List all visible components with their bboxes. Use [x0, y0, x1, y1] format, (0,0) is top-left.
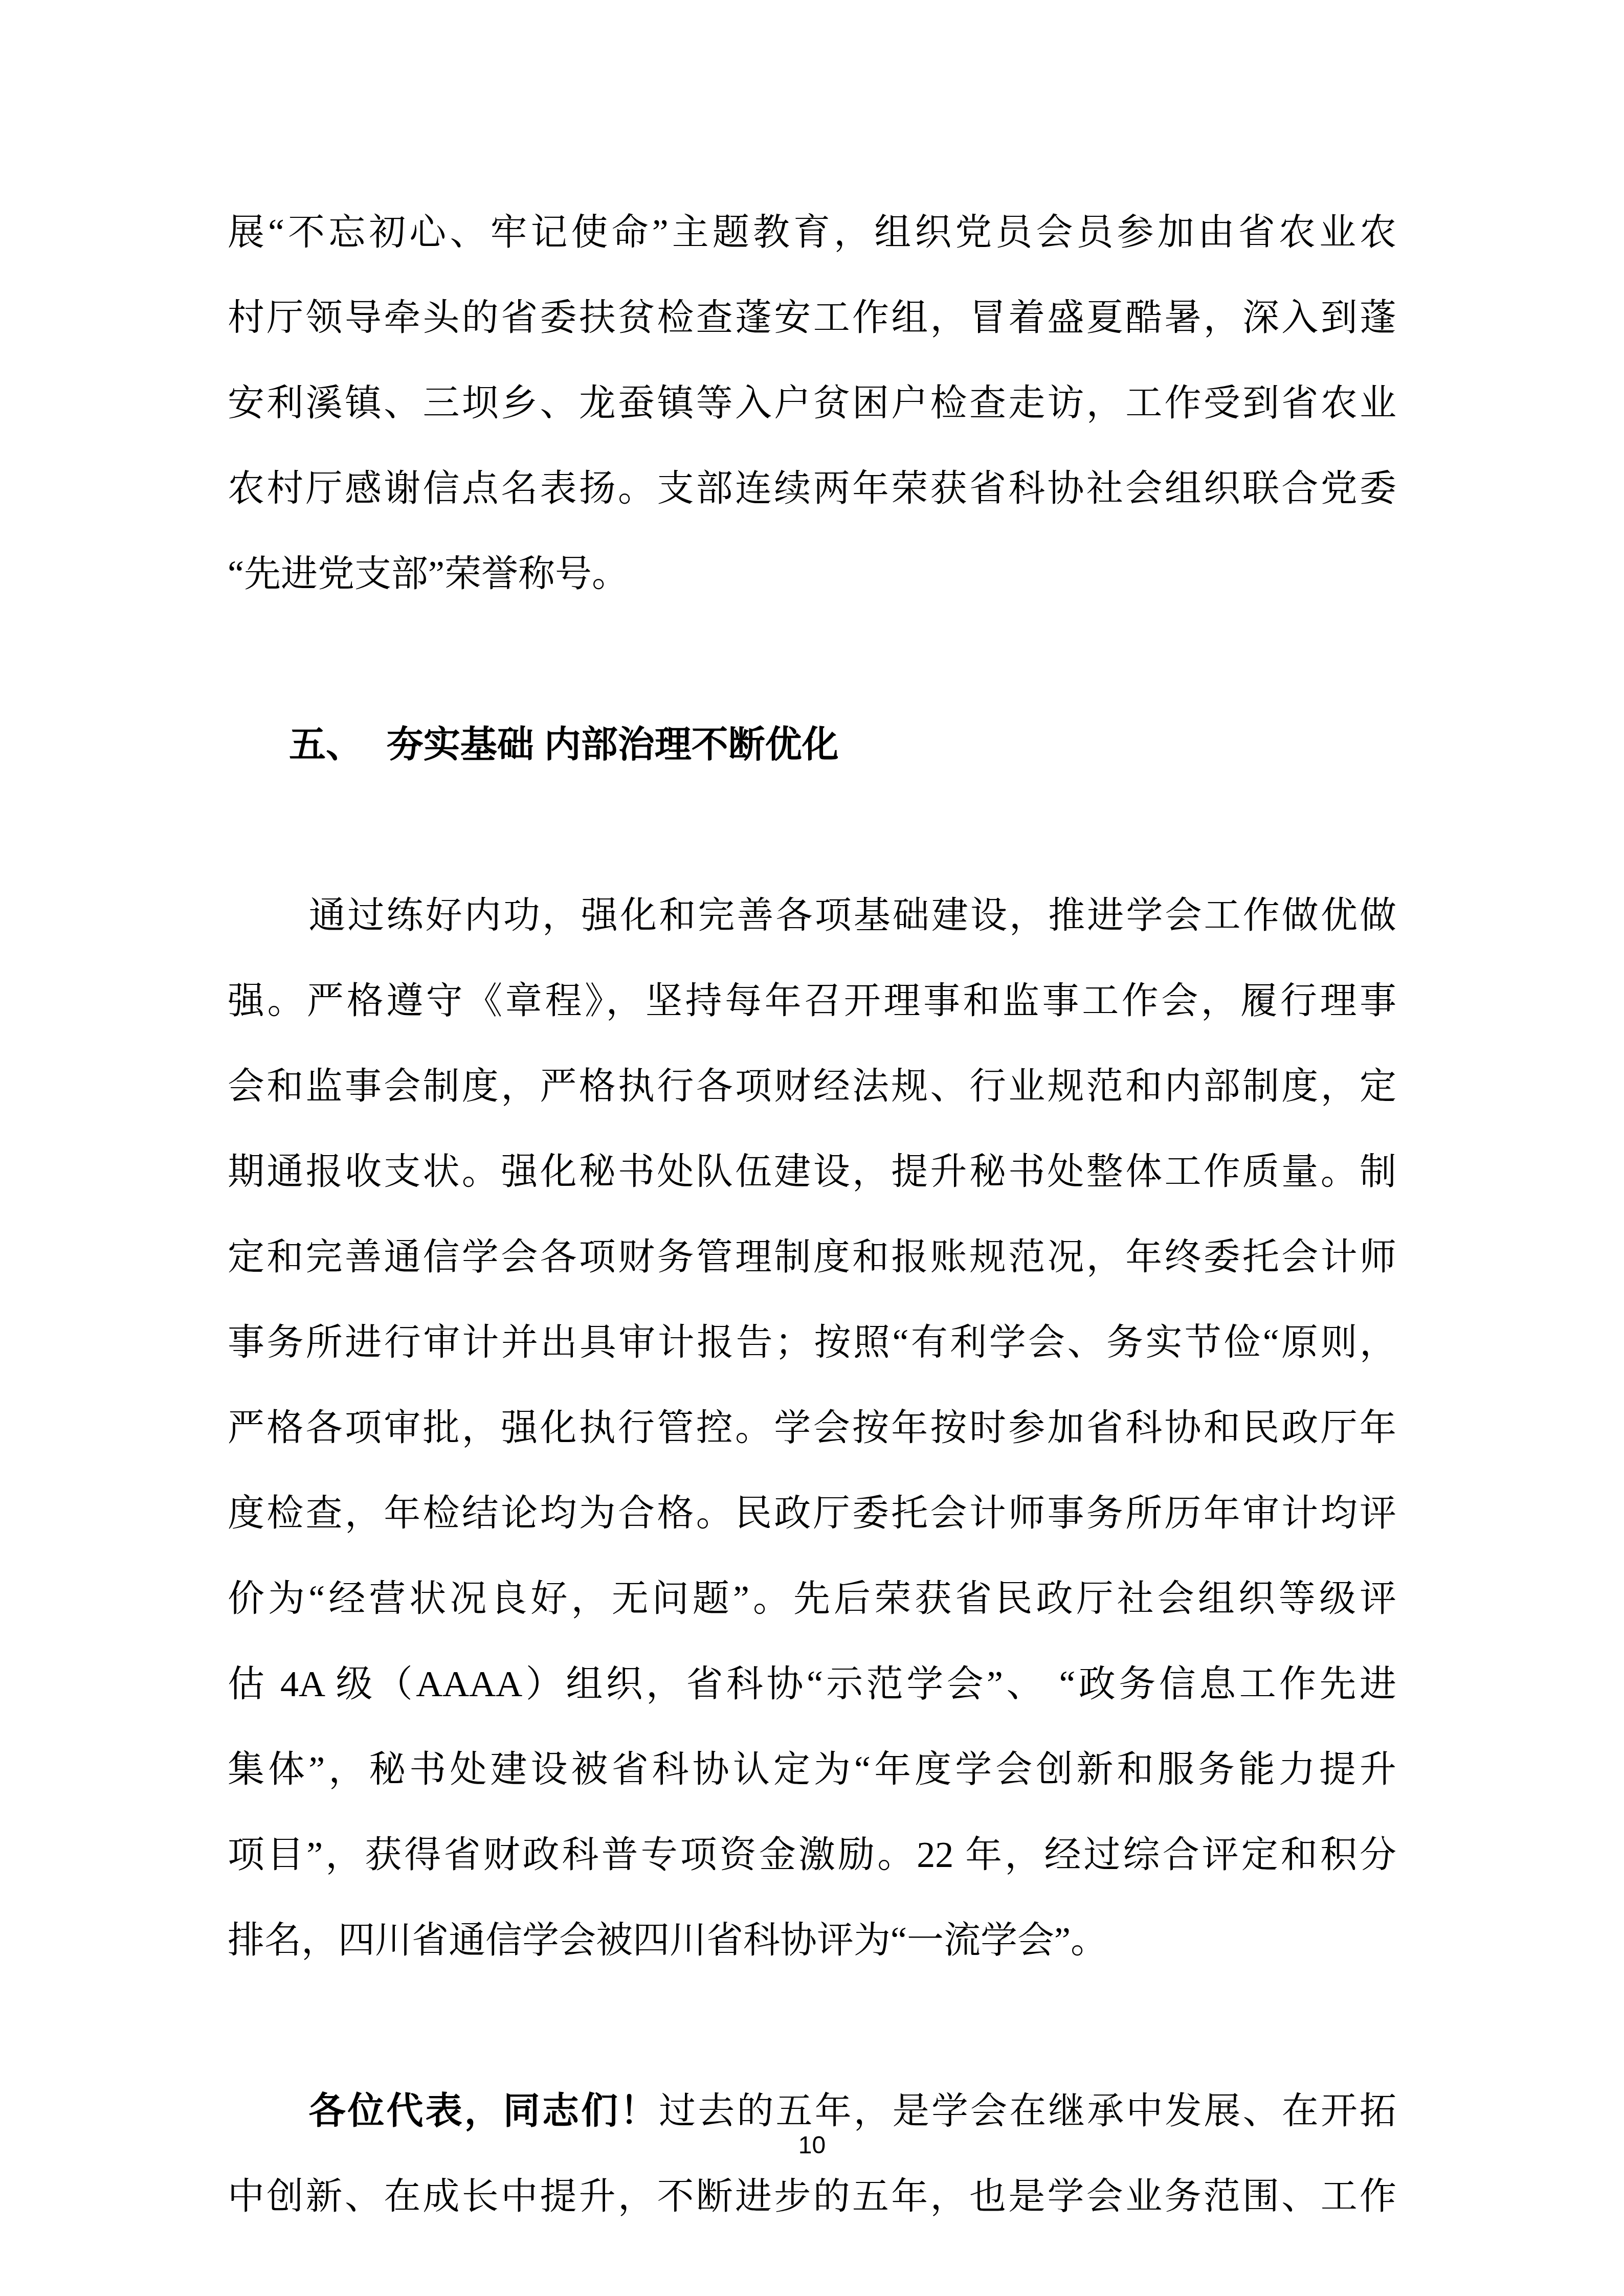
closing-bold-lead: 各位代表，同志们！	[308, 2090, 659, 2131]
document-body: 展“不忘初心、牢记使命”主题教育，组织党员会员参加由省农业农 村厅领导牵头的省委…	[228, 190, 1396, 2239]
section-heading-number: 五、	[289, 724, 363, 765]
text-line: 期通报收支状。强化秘书处队伍建设，提升秘书处整体工作质量。制	[228, 1129, 1396, 1214]
text-line: 排名，四川省通信学会被四川省科协评为“一流学会”。	[228, 1898, 1396, 1983]
text-line: “先进党支部”荣誉称号。	[228, 531, 1396, 617]
text-line: 估 4A 级（AAAA）组织，省科协“示范学会”、 “政务信息工作先进	[228, 1641, 1396, 1727]
text-line: 中创新、在成长中提升，不断进步的五年，也是学会业务范围、工作	[228, 2154, 1396, 2239]
blank-line	[228, 1983, 1396, 2068]
text-line: 严格各项审批，强化执行管控。学会按年按时参加省科协和民政厅年	[228, 1385, 1396, 1471]
section-heading: 五、夯实基础 内部治理不断优化	[228, 617, 1396, 873]
text-line: 安利溪镇、三坝乡、龙蚕镇等入户贫困户检查走访，工作受到省农业	[228, 361, 1396, 446]
section-heading-title: 夯实基础 内部治理不断优化	[387, 724, 839, 765]
page-number: 10	[0, 2131, 1624, 2160]
text-line: 通过练好内功，强化和完善各项基础建设，推进学会工作做优做	[228, 873, 1396, 958]
text-line: 项目”，获得省财政科普专项资金激励。22 年，经过综合评定和积分	[228, 1812, 1396, 1898]
text-line: 强。严格遵守《章程》，坚持每年召开理事和监事工作会，履行理事	[228, 958, 1396, 1044]
text-line: 事务所进行审计并出具审计报告；按照“有利学会、务实节俭“原则，	[228, 1300, 1396, 1385]
text-line: 价为“经营状况良好，无问题”。先后荣获省民政厅社会组织等级评	[228, 1556, 1396, 1641]
text-line: 度检查，年检结论均为合格。民政厅委托会计师事务所历年审计均评	[228, 1471, 1396, 1556]
text-line: 展“不忘初心、牢记使命”主题教育，组织党员会员参加由省农业农	[228, 190, 1396, 275]
text-line: 农村厅感谢信点名表扬。支部连续两年荣获省科协社会组织联合党委	[228, 446, 1396, 531]
closing-lead-rest: 过去的五年，是学会在继承中发展、在开拓	[659, 2090, 1396, 2131]
text-line: 村厅领导牵头的省委扶贫检查蓬安工作组，冒着盛夏酷暑，深入到蓬	[228, 275, 1396, 361]
document-page: 展“不忘初心、牢记使命”主题教育，组织党员会员参加由省农业农 村厅领导牵头的省委…	[0, 0, 1624, 2296]
text-line: 集体”，秘书处建设被省科协认定为“年度学会创新和服务能力提升	[228, 1727, 1396, 1812]
paragraph-opening: 展“不忘初心、牢记使命”主题教育，组织党员会员参加由省农业农 村厅领导牵头的省委…	[228, 190, 1396, 617]
text-line: 会和监事会制度，严格执行各项财经法规、行业规范和内部制度，定	[228, 1044, 1396, 1129]
text-line: 定和完善通信学会各项财务管理制度和报账规范况，年终委托会计师	[228, 1214, 1396, 1300]
paragraph-governance: 通过练好内功，强化和完善各项基础建设，推进学会工作做优做 强。严格遵守《章程》，…	[228, 873, 1396, 1983]
